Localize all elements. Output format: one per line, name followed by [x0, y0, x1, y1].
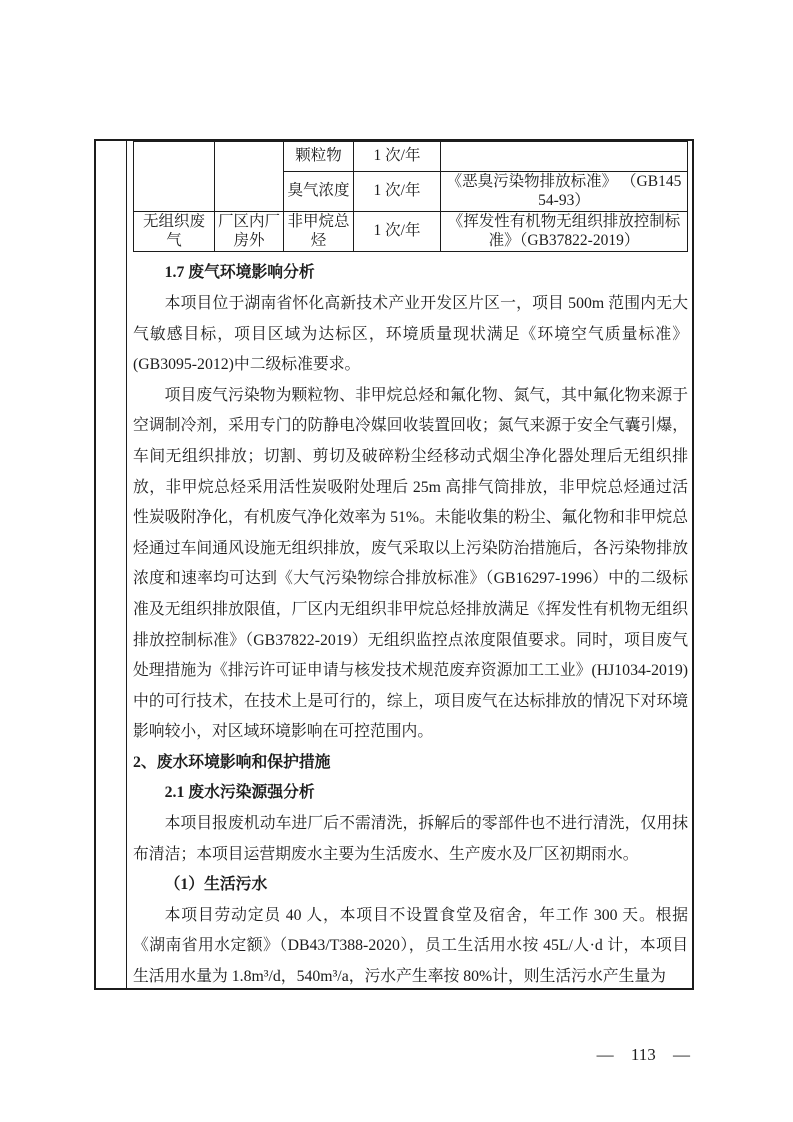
table-cell-source-merged [134, 142, 215, 212]
table-row: 无组织废气 厂区内厂房外 非甲烷总烃 1 次/年 《挥发性有机物无组织排放控制标… [134, 212, 688, 252]
page-number: — 113 — [597, 1045, 690, 1065]
report-form-box: 颗粒物 1 次/年 臭气浓度 1 次/年 《恶臭污染物排放标准》 （GB1455… [94, 139, 694, 990]
document-page: 颗粒物 1 次/年 臭气浓度 1 次/年 《恶臭污染物排放标准》 （GB1455… [0, 0, 793, 1122]
form-main-column: 颗粒物 1 次/年 臭气浓度 1 次/年 《恶臭污染物排放标准》 （GB1455… [127, 141, 692, 988]
paragraph-wastewater-1: 本项目报废机动车进厂后不需清洗，拆解后的零部件也不进行清洗，仅用抹布清洁；本项目… [133, 809, 688, 870]
monitoring-table: 颗粒物 1 次/年 臭气浓度 1 次/年 《恶臭污染物排放标准》 （GB1455… [133, 141, 688, 252]
table-cell-location-merged [215, 142, 284, 212]
table-cell-standard [441, 142, 688, 172]
table-cell-pollutant: 非甲烷总烃 [284, 212, 354, 252]
table-cell-location: 厂区内厂房外 [215, 212, 284, 252]
paragraph-air-impact-1: 本项目位于湖南省怀化高新技术产业开发区片区一，项目 500m 范围内无大气敏感目… [133, 289, 688, 381]
section-heading-air-impact: 1.7 废气环境影响分析 [133, 258, 688, 289]
table-row: 颗粒物 1 次/年 [134, 142, 688, 172]
table-cell-standard: 《恶臭污染物排放标准》 （GB14554-93） [441, 172, 688, 212]
section-heading-wastewater-source: 2.1 废水污染源强分析 [133, 778, 688, 809]
table-cell-frequency: 1 次/年 [354, 212, 441, 252]
section-heading-wastewater: 2、废水环境影响和保护措施 [133, 748, 688, 779]
section-heading-domestic-sewage: （1）生活污水 [133, 870, 688, 901]
table-cell-pollutant: 颗粒物 [284, 142, 354, 172]
form-left-label-column [96, 141, 127, 988]
report-text-body: 1.7 废气环境影响分析 本项目位于湖南省怀化高新技术产业开发区片区一，项目 5… [133, 252, 688, 988]
paragraph-air-impact-2: 项目废气污染物为颗粒物、非甲烷总烃和氟化物、氮气，其中氟化物来源于空调制冷剂，采… [133, 381, 688, 748]
paragraph-domestic-sewage: 本项目劳动定员 40 人，本项目不设置食堂及宿舍，年工作 300 天。根据《湖南… [133, 901, 688, 988]
table-cell-source: 无组织废气 [134, 212, 215, 252]
table-cell-frequency: 1 次/年 [354, 172, 441, 212]
table-cell-standard: 《挥发性有机物无组织排放控制标准》（GB37822-2019） [441, 212, 688, 252]
table-cell-frequency: 1 次/年 [354, 142, 441, 172]
table-cell-pollutant: 臭气浓度 [284, 172, 354, 212]
